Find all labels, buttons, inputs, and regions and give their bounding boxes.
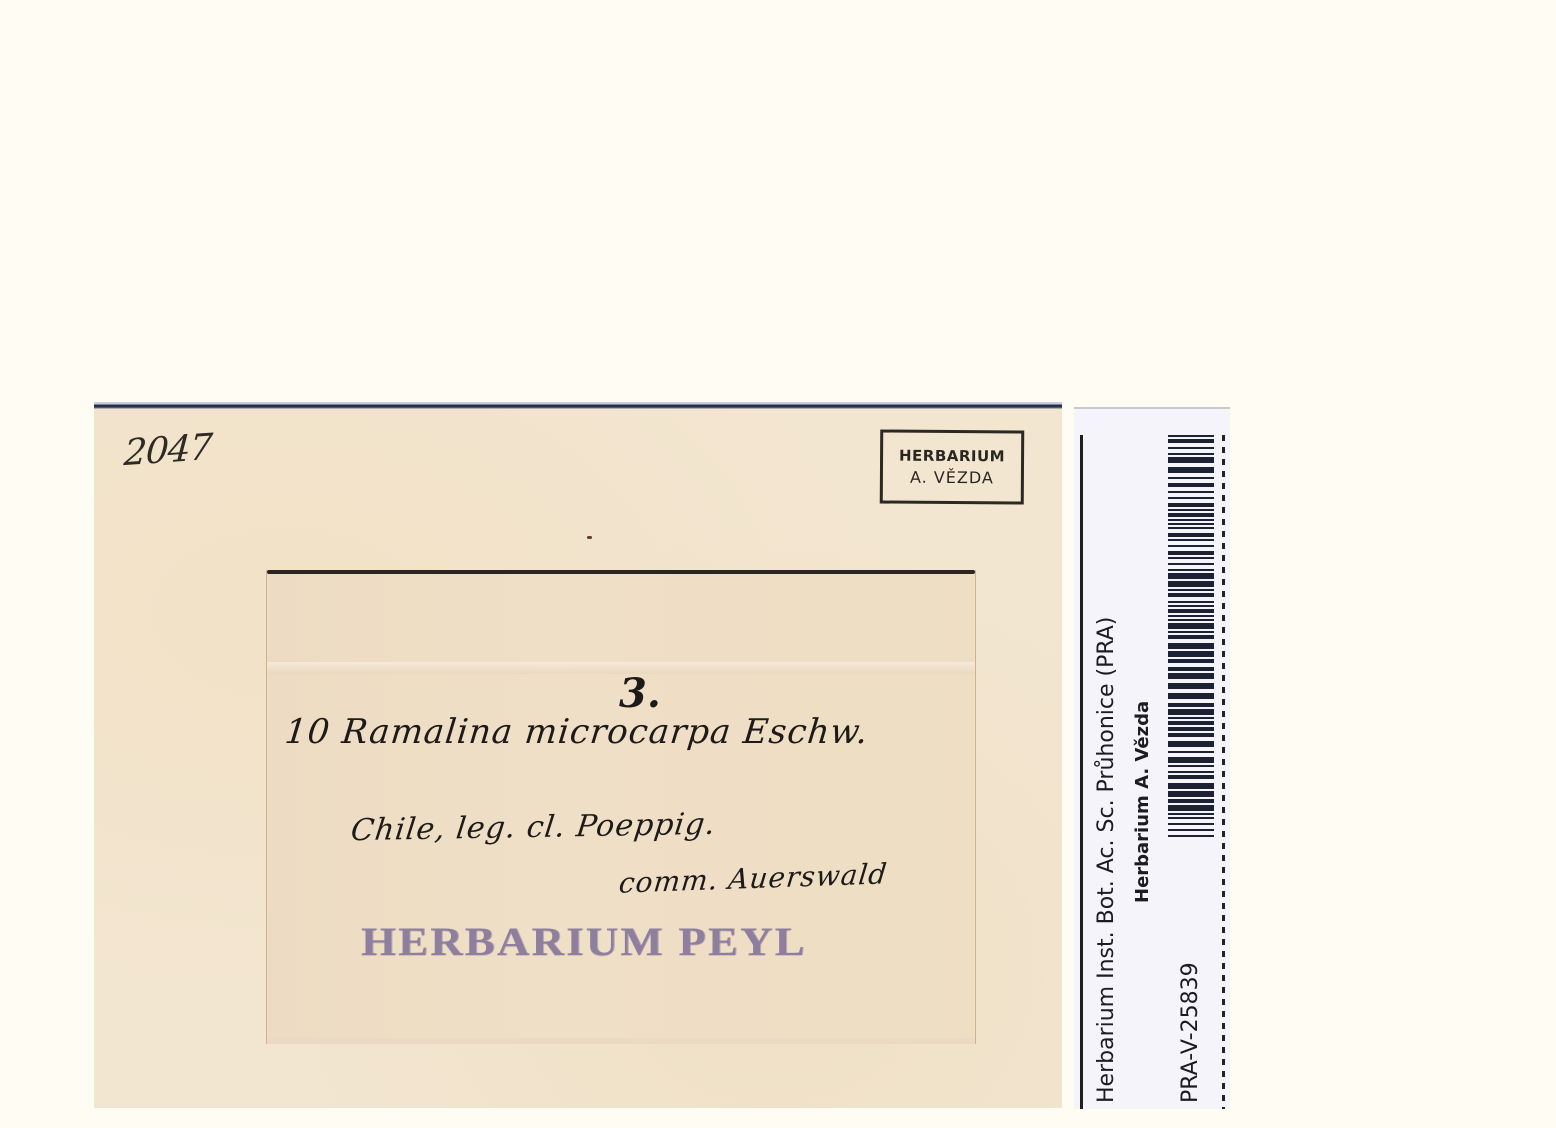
collection-name: Herbarium A. Vězda — [1132, 701, 1153, 903]
locality-collector: Chile, leg. cl. Poeppig. — [349, 807, 718, 848]
communicator: comm. Auerswald — [617, 857, 889, 900]
barcode-icon — [1168, 435, 1214, 839]
vezda-stamp-line1: HERBARIUM — [899, 448, 1005, 464]
sheet-top-rule — [94, 402, 1062, 409]
herbarium-peyl-stamp: HERBARIUM PEYL — [361, 918, 807, 965]
specimen-id: PRA-V-25839 — [1178, 962, 1203, 1103]
barcode-label: Herbarium Inst. Bot. Ac. Sc. Průhonice (… — [1074, 407, 1230, 1109]
specimen-packet: 3. 10 Ramalina microcarpa Eschw. Chile, … — [266, 570, 976, 1044]
specimen-sheet: 2047 HERBARIUM A. VĚZDA 3. 10 Ramalina m… — [94, 402, 1062, 1108]
packet-top-edge — [267, 570, 975, 574]
label-cut-line — [1222, 435, 1225, 1109]
packet-number: 3. — [619, 670, 661, 717]
vezda-stamp-line2: A. VĚZDA — [910, 469, 994, 486]
herbarium-vezda-stamp: HERBARIUM A. VĚZDA — [880, 429, 1025, 504]
label-left-rule — [1080, 435, 1083, 1109]
taxon-name: 10 Ramalina microcarpa Eschw. — [283, 712, 871, 752]
ink-spot — [587, 536, 592, 539]
accession-number: 2047 — [123, 427, 213, 474]
institution-name: Herbarium Inst. Bot. Ac. Sc. Průhonice (… — [1094, 617, 1119, 1103]
packet-bottom-edge — [267, 1038, 975, 1044]
